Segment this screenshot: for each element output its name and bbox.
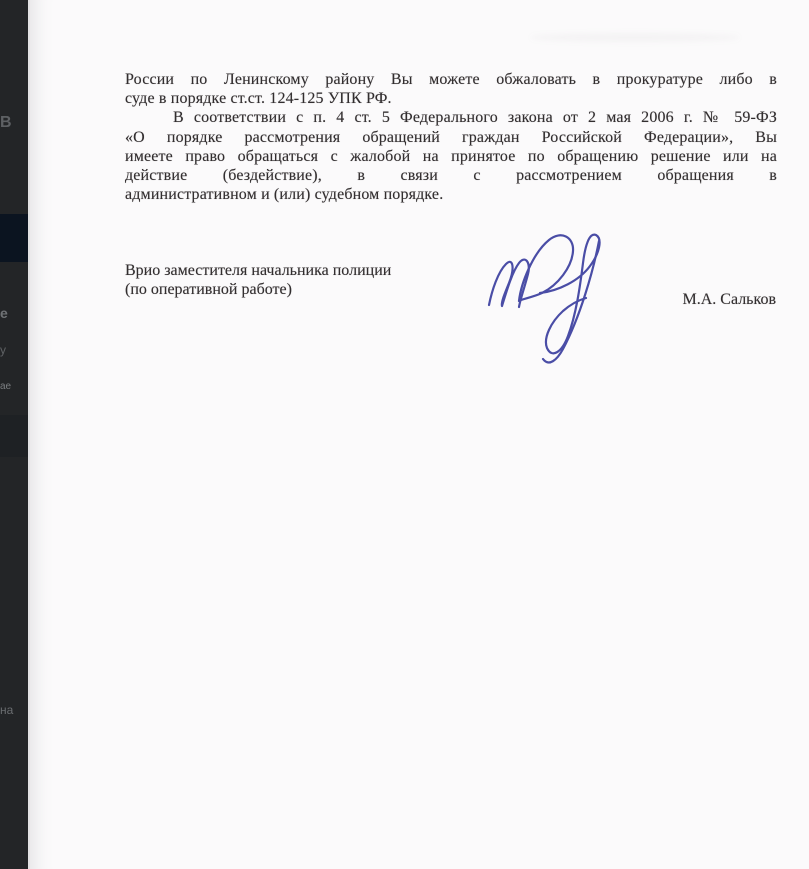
scan-artifact: [530, 33, 740, 42]
sidebar-sliver: В е у ае на: [0, 0, 28, 869]
sidebar-item-fragment[interactable]: у: [0, 343, 6, 357]
handwritten-signature: [473, 224, 625, 366]
sidebar-item-fragment[interactable]: на: [0, 703, 13, 717]
signer-title: Врио заместителя начальника полиции (по …: [125, 261, 485, 299]
doc-line: В соответствии с п. 4 ст. 5 Федерального…: [125, 108, 777, 127]
sidebar-item-fragment[interactable]: ае: [0, 381, 11, 392]
signer-title-line1: Врио заместителя начальника полиции: [125, 261, 485, 280]
signer-title-line2: (по оперативной работе): [125, 280, 485, 299]
screenshot-root: В е у ае на России по Ленинскому району …: [0, 0, 809, 869]
doc-line: России по Ленинскому району Вы можете об…: [125, 70, 777, 89]
sidebar-item-fragment[interactable]: В: [0, 114, 12, 132]
signer-name: М.А. Сальков: [683, 291, 777, 309]
doc-line: административном и (или) судебном порядк…: [125, 185, 777, 204]
doc-line: «О порядке рассмотрения обращений гражда…: [125, 128, 777, 147]
sidebar-item-highlight[interactable]: [0, 415, 28, 457]
doc-line: суде в порядке ст.ст. 124-125 УПК РФ.: [125, 89, 777, 108]
document-text: России по Ленинскому району Вы можете об…: [125, 70, 777, 204]
doc-line: действие (бездействие), в связи с рассмо…: [125, 166, 777, 185]
sidebar-item-fragment[interactable]: е: [0, 305, 8, 321]
sidebar-selected-item[interactable]: [0, 214, 28, 262]
doc-line: имеете право обращаться с жалобой на при…: [125, 147, 777, 166]
